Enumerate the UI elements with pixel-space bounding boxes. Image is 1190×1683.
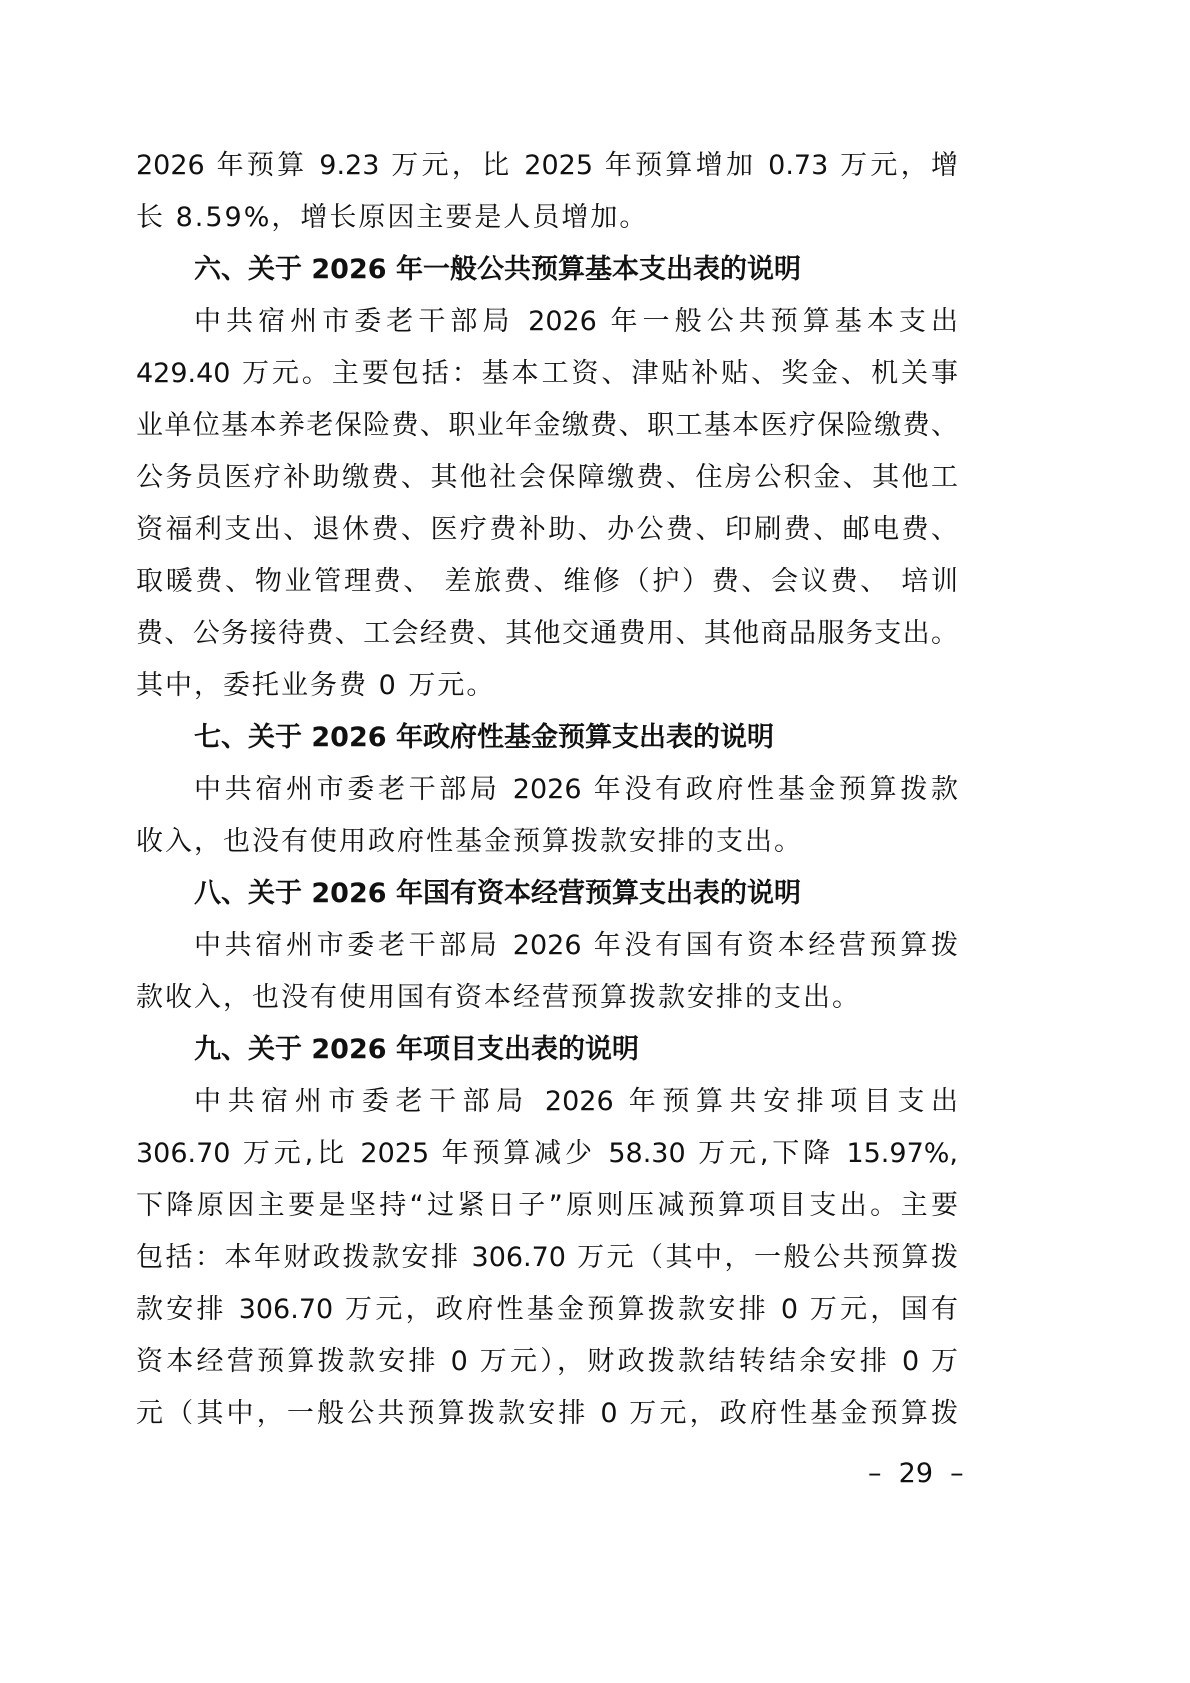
paragraph-line: 429.40 万元。主要包括：基本工资、津贴补贴、奖金、机关事 [136, 348, 958, 400]
section-heading-6: 六、关于 2026 年一般公共预算基本支出表的说明 [136, 244, 958, 296]
paragraph-line: 资本经营预算拨款安排 0 万元），财政拨款结转结余安排 0 万 [136, 1336, 958, 1388]
paragraph-line: 资福利支出、退休费、医疗费补助、办公费、印刷费、邮电费、 [136, 504, 958, 556]
paragraph-line: 306.70 万元,比 2025 年预算减少 58.30 万元,下降 15.97… [136, 1128, 958, 1180]
paragraph-line: 2026 年预算 9.23 万元，比 2025 年预算增加 0.73 万元，增 [136, 140, 958, 192]
paragraph-line: 中共宿州市委老干部局 2026 年一般公共预算基本支出 [136, 296, 958, 348]
paragraph-line: 收入，也没有使用政府性基金预算拨款安排的支出。 [136, 816, 958, 868]
page-number: – 29 – [868, 1458, 964, 1489]
paragraph-line: 业单位基本养老保险费、职业年金缴费、职工基本医疗保险缴费、 [136, 400, 958, 452]
paragraph-line: 费、公务接待费、工会经费、其他交通费用、其他商品服务支出。 [136, 608, 958, 660]
paragraph-line: 款安排 306.70 万元，政府性基金预算拨款安排 0 万元，国有 [136, 1284, 958, 1336]
document-body: 2026 年预算 9.23 万元，比 2025 年预算增加 0.73 万元，增 … [136, 140, 958, 1440]
section-heading-9: 九、关于 2026 年项目支出表的说明 [136, 1024, 958, 1076]
section-heading-8: 八、关于 2026 年国有资本经营预算支出表的说明 [136, 868, 958, 920]
paragraph-line: 下降原因主要是坚持“过紧日子”原则压减预算项目支出。主要 [136, 1180, 958, 1232]
section-heading-7: 七、关于 2026 年政府性基金预算支出表的说明 [136, 712, 958, 764]
paragraph-line: 取暖费、物业管理费、 差旅费、维修（护）费、会议费、 培训 [136, 556, 958, 608]
paragraph-line: 公务员医疗补助缴费、其他社会保障缴费、住房公积金、其他工 [136, 452, 958, 504]
paragraph-line: 中共宿州市委老干部局 2026 年没有国有资本经营预算拨 [136, 920, 958, 972]
paragraph-line: 中共宿州市委老干部局 2026 年没有政府性基金预算拨款 [136, 764, 958, 816]
paragraph-line: 其中，委托业务费 0 万元。 [136, 660, 958, 712]
paragraph-line: 长 8.59%，增长原因主要是人员增加。 [136, 192, 958, 244]
paragraph-line: 款收入，也没有使用国有资本经营预算拨款安排的支出。 [136, 972, 958, 1024]
paragraph-line: 元（其中，一般公共预算拨款安排 0 万元，政府性基金预算拨 [136, 1388, 958, 1440]
paragraph-line: 包括：本年财政拨款安排 306.70 万元（其中，一般公共预算拨 [136, 1232, 958, 1284]
paragraph-line: 中共宿州市委老干部局 2026 年预算共安排项目支出 [136, 1076, 958, 1128]
